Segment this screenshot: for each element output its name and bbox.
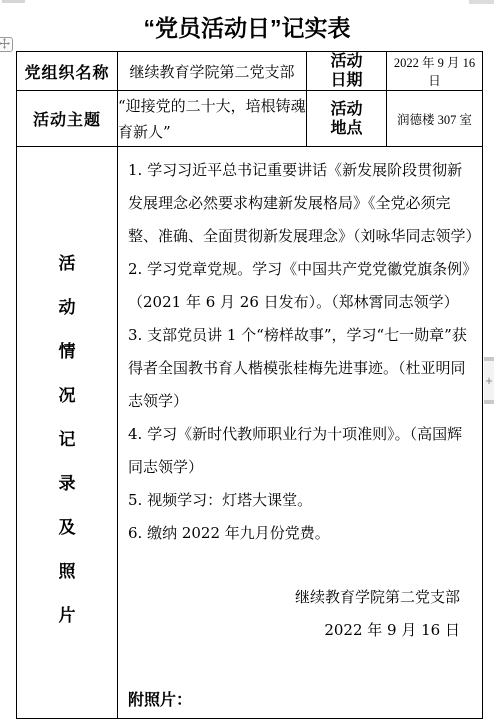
- page-title: “党员活动日”记实表: [0, 10, 494, 43]
- right-edge-scroll-widget[interactable]: +: [484, 357, 494, 404]
- record-item: 2. 学习党章党规。学习《中国共产党党徽党旗条例》（2021 年 6 月 26 …: [128, 253, 474, 319]
- activity-theme-label: 活动主题: [33, 112, 101, 129]
- activity-place-value-cell[interactable]: 润德楼 307 室: [387, 91, 483, 147]
- org-name-value: 继续教育学院第二党支部: [129, 63, 294, 81]
- activity-date-label-line2: 日期: [307, 71, 386, 90]
- table-row: 活动主题 “迎接党的二十大，培根铸魂育新人” 活动 地点 润德楼 307 室: [17, 91, 483, 147]
- activity-date-label-cell[interactable]: 活动 日期: [307, 52, 387, 91]
- top-left-chrome-sliver: [2, 0, 25, 3]
- activity-theme-label-cell[interactable]: 活动主题: [17, 91, 118, 147]
- activity-place-label-line2: 地点: [307, 119, 386, 138]
- record-items: 1. 学习习近平总书记重要讲话《新发展阶段贯彻新发展理念必然要求构建新发展格局》…: [128, 154, 474, 550]
- scroll-widget-bottom-bar: [484, 400, 494, 404]
- record-content-cell[interactable]: 1. 学习习近平总书记重要讲话《新发展阶段贯彻新发展理念必然要求构建新发展格局》…: [118, 147, 483, 719]
- side-char: 记: [59, 425, 76, 450]
- signature-block: 继续教育学院第二党支部 2022 年 9 月 16 日: [128, 581, 474, 647]
- side-char: 及: [59, 513, 76, 538]
- org-name-value-cell[interactable]: 继续教育学院第二党支部: [118, 52, 307, 91]
- record-side-label-cell[interactable]: 活 动 情 况 记 录 及 照 片: [17, 147, 118, 719]
- table-row: 党组织名称 继续教育学院第二党支部 活动 日期 2022 年 9 月 16 日: [17, 52, 483, 91]
- side-char: 照: [59, 557, 76, 582]
- record-item: 6. 缴纳 2022 年九月份党费。: [128, 517, 474, 550]
- org-name-label: 党组织名称: [24, 65, 109, 82]
- side-char: 况: [59, 381, 76, 406]
- signature-date: 2022 年 9 月 16 日: [128, 614, 460, 647]
- record-item: 1. 学习习近平总书记重要讲话《新发展阶段贯彻新发展理念必然要求构建新发展格局》…: [128, 154, 474, 253]
- side-char: 情: [59, 337, 76, 362]
- activity-theme-value: “迎接党的二十大，培根铸魂育新人”: [118, 97, 306, 141]
- table-row: 活 动 情 况 记 录 及 照 片 1. 学习习近平总书记重要讲话《新发展阶段贯…: [17, 147, 483, 719]
- attached-photos-label: 附照片：: [128, 687, 474, 714]
- record-item: 4. 学习《新时代教师职业行为十项准则》。（高国辉同志领学）: [128, 418, 474, 484]
- activity-place-label-line1: 活动: [307, 100, 386, 119]
- record-side-label: 活 动 情 况 记 录 及 照 片: [17, 148, 117, 718]
- top-right-chrome-sliver: [469, 0, 494, 4]
- table-move-handle[interactable]: [0, 37, 13, 52]
- activity-date-label-line1: 活动: [307, 52, 386, 71]
- activity-date-value-cell[interactable]: 2022 年 9 月 16 日: [387, 52, 483, 91]
- side-char: 录: [59, 469, 76, 494]
- org-name-label-cell[interactable]: 党组织名称: [17, 52, 118, 91]
- activity-date-value: 2022 年 9 月 16 日: [394, 56, 475, 88]
- record-item: 5. 视频学习：灯塔大课堂。: [128, 484, 474, 517]
- activity-place-value: 润德楼 307 室: [397, 113, 472, 127]
- record-item: 3. 支部党员讲 1 个“榜样故事”，学习“七一勋章”获得者全国教书育人楷模张桂…: [128, 319, 474, 418]
- move-arrows-icon: [0, 36, 10, 54]
- side-char: 片: [59, 601, 76, 626]
- activity-theme-value-cell[interactable]: “迎接党的二十大，培根铸魂育新人”: [118, 91, 307, 147]
- record-content: 1. 学习习近平总书记重要讲话《新发展阶段贯彻新发展理念必然要求构建新发展格局》…: [118, 147, 482, 718]
- side-char: 活: [59, 249, 76, 274]
- expand-plus-icon[interactable]: +: [484, 361, 494, 400]
- activity-record-table: 党组织名称 继续教育学院第二党支部 活动 日期 2022 年 9 月 16 日 …: [16, 51, 483, 719]
- signature-org: 继续教育学院第二党支部: [128, 581, 460, 614]
- side-char: 动: [59, 293, 76, 318]
- activity-place-label-cell[interactable]: 活动 地点: [307, 91, 387, 147]
